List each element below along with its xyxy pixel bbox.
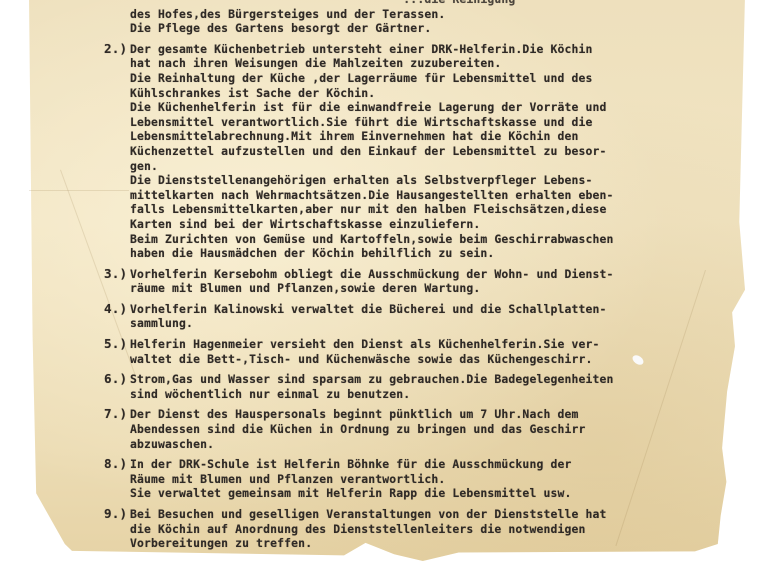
text-line: Lebensmittelabrechnung.Mit ihrem Einvern… — [130, 129, 744, 144]
numbered-list: 2.)Der gesamte Küchenbetrieb untersteht … — [104, 42, 744, 551]
text-line: ...die Reinigung — [130, 0, 744, 7]
text-line: Die Dienststellenangehörigen erhalten al… — [130, 173, 744, 188]
list-item-5: 5.)Helferin Hagenmeier versieht den Dien… — [104, 337, 744, 366]
text-line: die Köchin auf Anordnung des Dienststell… — [130, 522, 744, 537]
text-line: Sie verwaltet gemeinsam mit Helferin Rap… — [130, 486, 744, 501]
list-item-7: 7.)Der Dienst des Hauspersonals beginnt … — [104, 407, 744, 451]
text-line: Der gesamte Küchenbetrieb untersteht ein… — [130, 42, 744, 57]
text-line: sind wöchentlich nur einmal zu benutzen. — [130, 387, 744, 402]
text-line: Küchenzettel aufzustellen und den Einkau… — [130, 144, 744, 159]
list-item-8: 8.)In der DRK-Schule ist Helferin Böhnke… — [104, 457, 744, 501]
item-number: 4.) — [104, 302, 127, 317]
typewritten-document: ...die Reinigung des Hofes,des Bürgerste… — [104, 0, 744, 551]
text-line: Kühlschrankes ist Sache der Köchin. — [130, 86, 744, 101]
item-number: 2.) — [104, 42, 127, 57]
item-number: 8.) — [104, 457, 127, 472]
text-line: Karten sind bei der Wirtschaftskasse ein… — [130, 217, 744, 232]
text-line: Strom,Gas und Wasser sind sparsam zu geb… — [130, 372, 744, 387]
text-line: waltet die Bett-,Tisch- und Küchenwäsche… — [130, 352, 744, 367]
list-item-3: 3.)Vorhelferin Kersebohm obliegt die Aus… — [104, 267, 744, 296]
intro-paragraph: ...die Reinigung des Hofes,des Bürgerste… — [104, 0, 744, 36]
text-line: Beim Zurichten von Gemüse und Kartoffeln… — [130, 232, 744, 247]
text-line: In der DRK-Schule ist Helferin Böhnke fü… — [130, 457, 744, 472]
text-line: Die Reinhaltung der Küche ,der Lagerräum… — [130, 71, 744, 86]
item-number: 5.) — [104, 337, 127, 352]
text-line: Die Pflege des Gartens besorgt der Gärtn… — [130, 21, 744, 36]
item-number: 9.) — [104, 507, 127, 522]
text-line: sammlung. — [130, 316, 744, 331]
text-line: Bei Besuchen und geselligen Veranstaltun… — [130, 507, 744, 522]
list-item-4: 4.)Vorhelferin Kalinowski verwaltet die … — [104, 302, 744, 331]
text-line: Räume mit Blumen und Pflanzen verantwort… — [130, 472, 744, 487]
text-line: des Hofes,des Bürgersteiges und der Tera… — [130, 7, 744, 22]
item-number: 7.) — [104, 407, 127, 422]
text-line: räume mit Blumen und Pflanzen,sowie dere… — [130, 281, 744, 296]
text-line: abzuwaschen. — [130, 437, 744, 452]
item-number: 6.) — [104, 372, 127, 387]
text-line: falls Lebensmittelkarten,aber nur mit de… — [130, 202, 744, 217]
list-item-2: 2.)Der gesamte Küchenbetrieb untersteht … — [104, 42, 744, 261]
text-line: Vorbereitungen zu treffen. — [130, 536, 744, 551]
text-line: Helferin Hagenmeier versieht den Dienst … — [130, 337, 744, 352]
item-number: 3.) — [104, 267, 127, 282]
text-line: hat nach ihren Weisungen die Mahlzeiten … — [130, 56, 744, 71]
list-item-9: 9.)Bei Besuchen und geselligen Veranstal… — [104, 507, 744, 551]
text-line: Vorhelferin Kersebohm obliegt die Aussch… — [130, 267, 744, 282]
text-line: mittelkarten nach Wehrmachtsätzen.Die Ha… — [130, 188, 744, 203]
list-item-6: 6.)Strom,Gas und Wasser sind sparsam zu … — [104, 372, 744, 401]
text-line: Die Küchenhelferin ist für die einwandfr… — [130, 100, 744, 115]
text-line: haben die Hausmädchen der Köchin behilfl… — [130, 246, 744, 261]
text-line: Lebensmittel verantwortlich.Sie führt di… — [130, 115, 744, 130]
text-line: Vorhelferin Kalinowski verwaltet die Büc… — [130, 302, 744, 317]
text-line: Abendessen sind die Küchen in Ordnung zu… — [130, 422, 744, 437]
text-line: Der Dienst des Hauspersonals beginnt pün… — [130, 407, 744, 422]
text-line: gen. — [130, 159, 744, 174]
